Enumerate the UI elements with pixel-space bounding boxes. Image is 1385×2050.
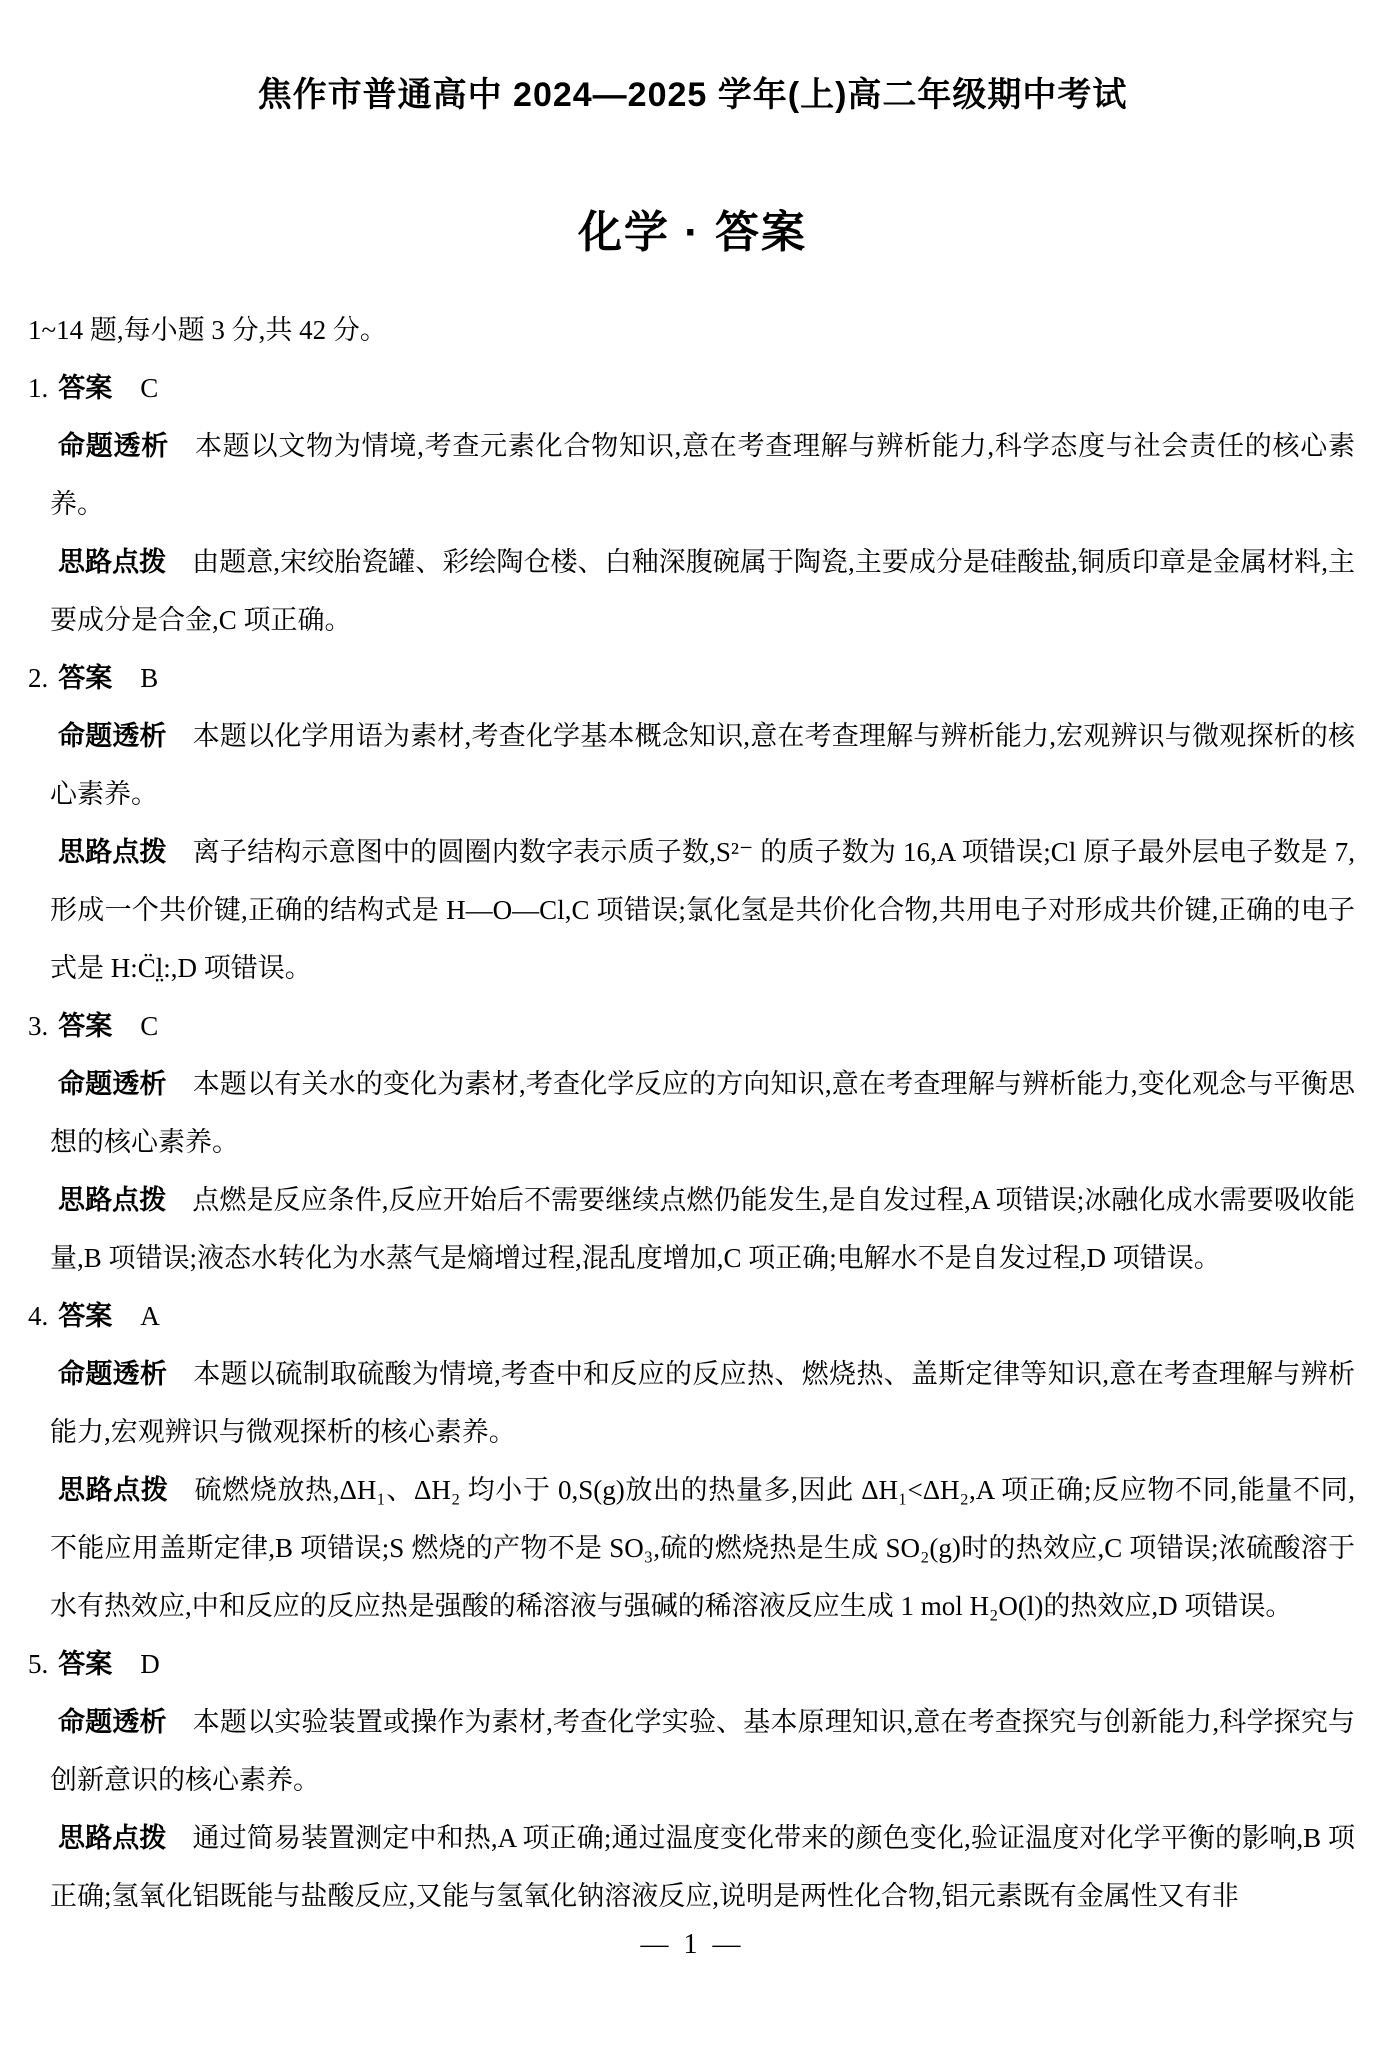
answer-label: 答案 <box>58 1011 112 1041</box>
scoring-note: 1~14 题,每小题 3 分,共 42 分。 <box>28 301 1355 359</box>
tips-label: 思路点拨 <box>58 1475 169 1505</box>
answer-line: 3.答案C <box>28 997 1355 1055</box>
analysis-label: 命题透析 <box>58 721 167 751</box>
answer-label: 答案 <box>58 1301 112 1331</box>
answer-block-3: 3.答案C 命题透析本题以有关水的变化为素材,考查化学反应的方向知识,意在考查理… <box>28 997 1355 1287</box>
analysis-paragraph: 命题透析本题以硫制取硫酸为情境,考查中和反应的反应热、燃烧热、盖斯定律等知识,意… <box>50 1345 1355 1461</box>
analysis-label: 命题透析 <box>58 1359 167 1389</box>
tips-paragraph: 思路点拨通过简易装置测定中和热,A 项正确;通过温度变化带来的颜色变化,验证温度… <box>50 1809 1355 1925</box>
analysis-text: 本题以文物为情境,考查元素化合物知识,意在考查理解与辨析能力,科学态度与社会责任… <box>50 431 1355 519</box>
subject-title: 化学 · 答案 <box>0 208 1385 258</box>
question-number: 5. <box>28 1649 48 1679</box>
answer-block-4: 4.答案A 命题透析本题以硫制取硫酸为情境,考查中和反应的反应热、燃烧热、盖斯定… <box>28 1287 1355 1635</box>
tips-text: 点燃是反应条件,反应开始后不需要继续点燃仍能发生,是自发过程,A 项错误;冰融化… <box>50 1185 1355 1273</box>
analysis-text: 本题以实验装置或操作为素材,考查化学实验、基本原理知识,意在考查探究与创新能力,… <box>50 1707 1355 1795</box>
answer-line: 4.答案A <box>28 1287 1355 1345</box>
analysis-label: 命题透析 <box>58 1707 167 1737</box>
answers-content: 1~14 题,每小题 3 分,共 42 分。 1.答案C 命题透析本题以文物为情… <box>28 301 1355 1925</box>
answer-letter: D <box>140 1649 160 1679</box>
tips-paragraph: 思路点拨由题意,宋绞胎瓷罐、彩绘陶仓楼、白釉深腹碗属于陶瓷,主要成分是硅酸盐,铜… <box>50 533 1355 649</box>
answer-letter: C <box>140 1011 158 1041</box>
answer-line: 1.答案C <box>28 359 1355 417</box>
answer-block-2: 2.答案B 命题透析本题以化学用语为素材,考查化学基本概念知识,意在考查理解与辨… <box>28 649 1355 997</box>
analysis-paragraph: 命题透析本题以化学用语为素材,考查化学基本概念知识,意在考查理解与辨析能力,宏观… <box>50 707 1355 823</box>
question-number: 4. <box>28 1301 48 1331</box>
answer-block-1: 1.答案C 命题透析本题以文物为情境,考查元素化合物知识,意在考查理解与辨析能力… <box>28 359 1355 649</box>
analysis-paragraph: 命题透析本题以有关水的变化为素材,考查化学反应的方向知识,意在考查理解与辨析能力… <box>50 1055 1355 1171</box>
tips-label: 思路点拨 <box>58 1823 167 1853</box>
tips-paragraph: 思路点拨硫燃烧放热,ΔH₁、ΔH₂ 均小于 0,S(g)放出的热量多,因此 ΔH… <box>50 1461 1355 1635</box>
tips-label: 思路点拨 <box>58 547 166 577</box>
tips-text: 通过简易装置测定中和热,A 项正确;通过温度变化带来的颜色变化,验证温度对化学平… <box>50 1823 1355 1911</box>
answer-sheet-page: 焦作市普通高中 2024—2025 学年(上)高二年级期中考试 化学 · 答案 … <box>0 0 1385 2050</box>
tips-paragraph: 思路点拨点燃是反应条件,反应开始后不需要继续点燃仍能发生,是自发过程,A 项错误… <box>50 1171 1355 1287</box>
analysis-paragraph: 命题透析本题以实验装置或操作为素材,考查化学实验、基本原理知识,意在考查探究与创… <box>50 1693 1355 1809</box>
answer-letter: C <box>140 373 158 403</box>
analysis-label: 命题透析 <box>58 431 169 461</box>
answer-line: 2.答案B <box>28 649 1355 707</box>
analysis-text: 本题以化学用语为素材,考查化学基本概念知识,意在考查理解与辨析能力,宏观辨识与微… <box>50 721 1355 809</box>
tips-label: 思路点拨 <box>58 1185 166 1215</box>
question-number: 3. <box>28 1011 48 1041</box>
question-number: 1. <box>28 373 48 403</box>
tips-text: 硫燃烧放热,ΔH₁、ΔH₂ 均小于 0,S(g)放出的热量多,因此 ΔH₁<ΔH… <box>50 1475 1355 1621</box>
answer-label: 答案 <box>58 1649 112 1679</box>
answer-letter: B <box>140 663 158 693</box>
answer-letter: A <box>140 1301 160 1331</box>
answer-block-5: 5.答案D 命题透析本题以实验装置或操作为素材,考查化学实验、基本原理知识,意在… <box>28 1635 1355 1925</box>
analysis-text: 本题以有关水的变化为素材,考查化学反应的方向知识,意在考查理解与辨析能力,变化观… <box>50 1069 1355 1157</box>
tips-text: 由题意,宋绞胎瓷罐、彩绘陶仓楼、白釉深腹碗属于陶瓷,主要成分是硅酸盐,铜质印章是… <box>50 547 1355 635</box>
tips-label: 思路点拨 <box>58 837 167 867</box>
answer-line: 5.答案D <box>28 1635 1355 1693</box>
analysis-text: 本题以硫制取硫酸为情境,考查中和反应的反应热、燃烧热、盖斯定律等知识,意在考查理… <box>50 1359 1355 1447</box>
exam-title: 焦作市普通高中 2024—2025 学年(上)高二年级期中考试 <box>0 75 1385 115</box>
analysis-paragraph: 命题透析本题以文物为情境,考查元素化合物知识,意在考查理解与辨析能力,科学态度与… <box>50 417 1355 533</box>
analysis-label: 命题透析 <box>58 1069 167 1099</box>
page-number: — 1 — <box>0 1925 1385 1965</box>
question-number: 2. <box>28 663 48 693</box>
tips-text: 离子结构示意图中的圆圈内数字表示质子数,S²⁻ 的质子数为 16,A 项错误;C… <box>50 837 1355 983</box>
answer-label: 答案 <box>58 373 112 403</box>
answer-label: 答案 <box>58 663 112 693</box>
tips-paragraph: 思路点拨离子结构示意图中的圆圈内数字表示质子数,S²⁻ 的质子数为 16,A 项… <box>50 823 1355 997</box>
